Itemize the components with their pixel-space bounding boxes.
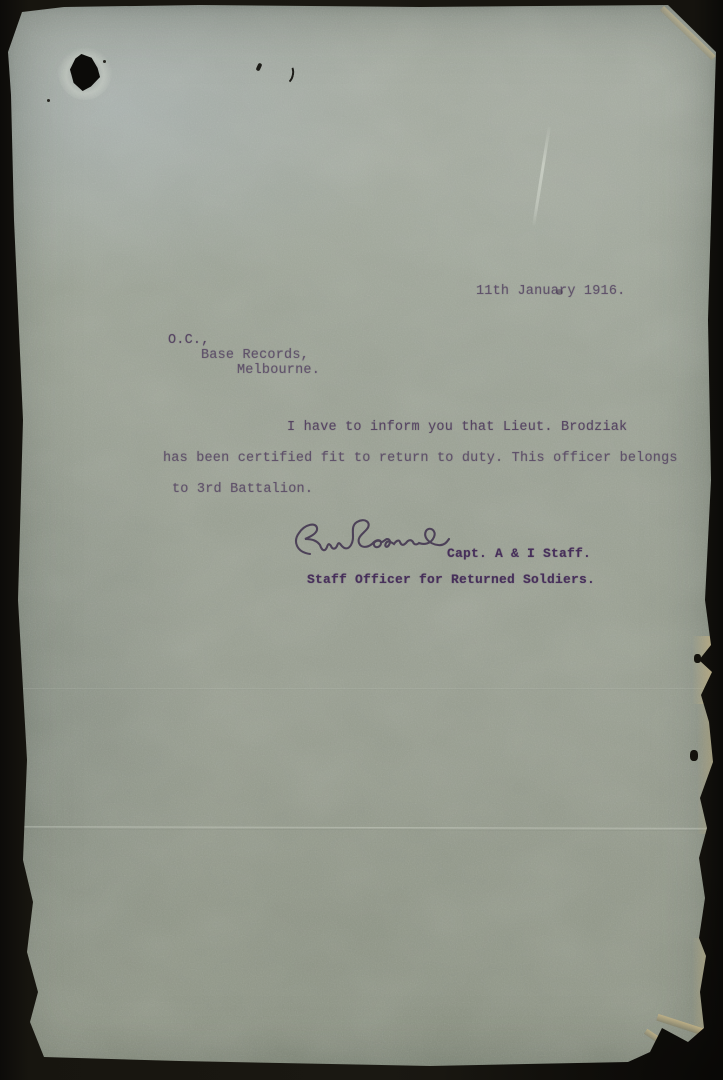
torn-edge-right-mid <box>697 702 717 834</box>
edge-nick <box>694 654 701 663</box>
date-line: 11th January 1916. <box>476 284 625 300</box>
fold-crease-upper <box>20 688 708 690</box>
signature-title: Staff Officer for Returned Soldiers. <box>307 572 595 588</box>
ink-speck <box>103 60 106 63</box>
scanned-letter-page: 11th January 1916. O.C., Base Records, M… <box>0 0 723 1080</box>
body-line-1: I have to inform you that Lieut. Brodzia… <box>287 420 627 436</box>
ink-speck <box>47 99 50 102</box>
torn-edge-right-lower <box>692 938 716 1060</box>
torn-corner-edge <box>644 1029 682 1057</box>
recipient-line-2: Base Records, <box>201 348 309 364</box>
ink-mark-curved <box>279 63 296 85</box>
signature-rank: Capt. A & I Staff. <box>447 546 591 562</box>
torn-corner-edge <box>656 1014 710 1037</box>
ink-mark <box>256 63 263 72</box>
torn-edge-right-upper <box>692 636 716 704</box>
date-smudge <box>556 289 563 295</box>
recipient-line-3: Melbourne. <box>237 363 320 379</box>
fold-crease-lower <box>18 826 710 831</box>
edge-nick <box>690 750 698 761</box>
recipient-line-1: O.C., <box>168 333 210 349</box>
signature-stroke <box>296 520 449 554</box>
paper-sheet: 11th January 1916. O.C., Base Records, M… <box>0 0 723 1080</box>
handwritten-signature <box>286 514 458 566</box>
body-line-3: to 3rd Battalion. <box>172 482 313 498</box>
surface-scratch <box>532 126 551 225</box>
torn-edge-top-right <box>660 6 716 60</box>
body-line-2: has been certified fit to return to duty… <box>163 451 678 467</box>
